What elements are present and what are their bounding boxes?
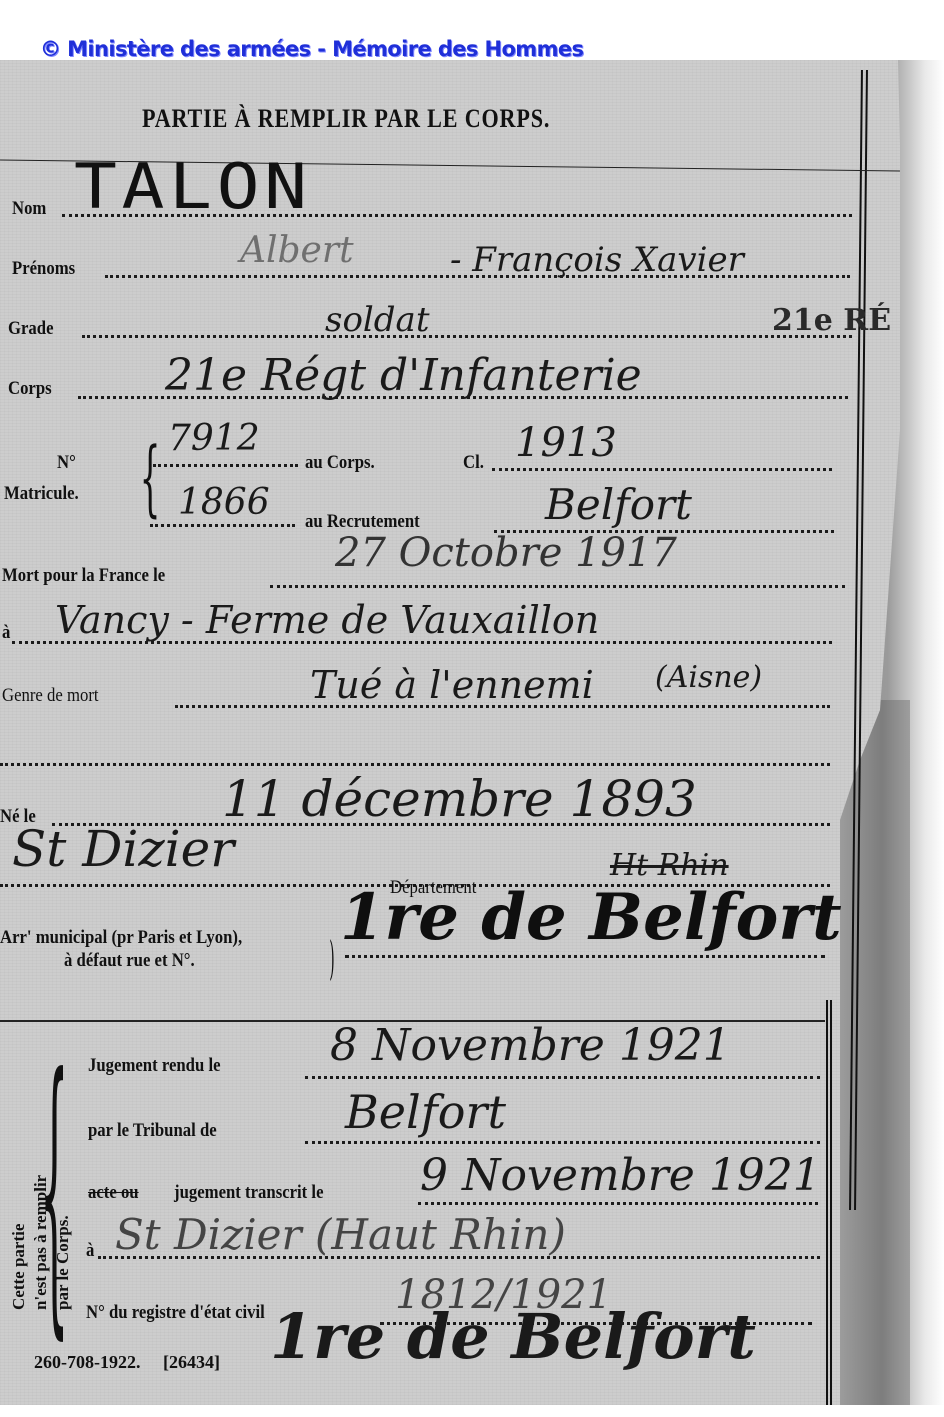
tribunal-label: par le Tribunal de bbox=[88, 1120, 217, 1142]
ne-lieu-value: St Dizier bbox=[12, 820, 234, 878]
transcrit-line bbox=[418, 1202, 818, 1205]
prenoms-value-faint: Albert bbox=[240, 230, 354, 271]
side-note-line1: Cette partie bbox=[8, 1175, 30, 1310]
grade-margin-note: 21e RÉ bbox=[772, 303, 891, 338]
transcrit-label: jugement transcrit le bbox=[174, 1182, 324, 1204]
mort-lieu-value: Vancy - Ferme de Vauxaillon bbox=[55, 598, 599, 642]
transcrit-lieu-value: St Dizier (Haut Rhin) bbox=[115, 1210, 566, 1259]
au-corps-label: au Corps. bbox=[305, 452, 375, 474]
tribunal-value: Belfort bbox=[345, 1085, 506, 1139]
mort-date-value: 27 Octobre 1917 bbox=[335, 530, 677, 576]
arrondissement-line bbox=[345, 955, 825, 958]
transcrit-label-struck: acte ou bbox=[88, 1182, 139, 1204]
transcrit-lieu-label: à bbox=[86, 1240, 94, 1262]
genre-mort-value: Tué à l'ennemi bbox=[310, 663, 594, 707]
ne-le-value: 11 décembre 1893 bbox=[222, 770, 697, 828]
classe-line bbox=[492, 468, 832, 471]
departement-value-struck: Ht Rhin bbox=[610, 848, 729, 883]
prenoms-label: Prénoms bbox=[12, 258, 75, 280]
genre-mort-label: Genre de mort bbox=[2, 685, 99, 707]
jugement-rendu-line bbox=[305, 1076, 820, 1079]
matricule-brace: { bbox=[140, 438, 161, 520]
corps-value: 21e Régt d'Infanterie bbox=[165, 350, 642, 401]
matricule-label-line2: Matricule. bbox=[4, 483, 79, 505]
separator-line bbox=[0, 763, 830, 766]
print-code-text: 260-708-1922. bbox=[34, 1352, 141, 1372]
print-code: 260-708-1922. [26434] bbox=[34, 1352, 220, 1373]
mort-lieu-label: à bbox=[2, 622, 10, 644]
genre-mort-correction: (Aisne) bbox=[655, 660, 762, 695]
jugement-rendu-value: 8 Novembre 1921 bbox=[330, 1020, 731, 1071]
jugement-side-note: Cette partie n'est pas à remplir par le … bbox=[8, 1175, 74, 1310]
matricule-label-line1: N° bbox=[57, 452, 76, 474]
mort-date-line bbox=[270, 585, 845, 588]
arrondissement-label-line2: à défaut rue et N°. bbox=[64, 950, 195, 972]
corps-number-line bbox=[153, 464, 298, 467]
departement-value: 1re de Belfort bbox=[340, 880, 842, 955]
corps-label: Corps bbox=[8, 378, 52, 400]
arrondissement-label-line1: Arr' municipal (pr Paris et Lyon), bbox=[0, 927, 242, 949]
grade-line bbox=[82, 335, 852, 338]
classe-value: 1913 bbox=[515, 420, 617, 466]
prenoms-value: - François Xavier bbox=[450, 240, 744, 280]
recrutement-value: Belfort bbox=[545, 480, 692, 529]
nom-label: Nom bbox=[12, 198, 46, 220]
transcrit-value: 9 Novembre 1921 bbox=[420, 1150, 821, 1201]
margin-rule bbox=[830, 1000, 832, 1405]
jugement-rendu-label: Jugement rendu le bbox=[88, 1055, 221, 1077]
nom-value: TALON bbox=[74, 150, 312, 223]
side-note-line2: n'est pas à remplir bbox=[30, 1175, 52, 1310]
arrondissement-brace: ) bbox=[329, 935, 334, 981]
corps-number-value: 7912 bbox=[168, 418, 260, 459]
classe-label: Cl. bbox=[463, 452, 484, 474]
registre-overwrite: 1re de Belfort bbox=[270, 1300, 756, 1373]
form-number: [26434] bbox=[163, 1352, 220, 1372]
grade-label: Grade bbox=[8, 318, 54, 340]
side-note-line3: par le Corps. bbox=[52, 1175, 74, 1310]
registre-label: N° du registre d'état civil bbox=[86, 1302, 265, 1324]
recrutement-number-line bbox=[150, 524, 295, 527]
tribunal-line bbox=[305, 1141, 820, 1144]
mort-date-label: Mort pour la France le bbox=[2, 565, 165, 587]
grade-value: soldat bbox=[325, 300, 430, 340]
copyright-watermark: © Ministère des armées - Mémoire des Hom… bbox=[40, 37, 583, 61]
margin-rule bbox=[826, 1000, 828, 1405]
recrutement-number-value: 1866 bbox=[178, 482, 270, 523]
form-heading: PARTIE À REMPLIR PAR LE CORPS. bbox=[142, 104, 550, 134]
